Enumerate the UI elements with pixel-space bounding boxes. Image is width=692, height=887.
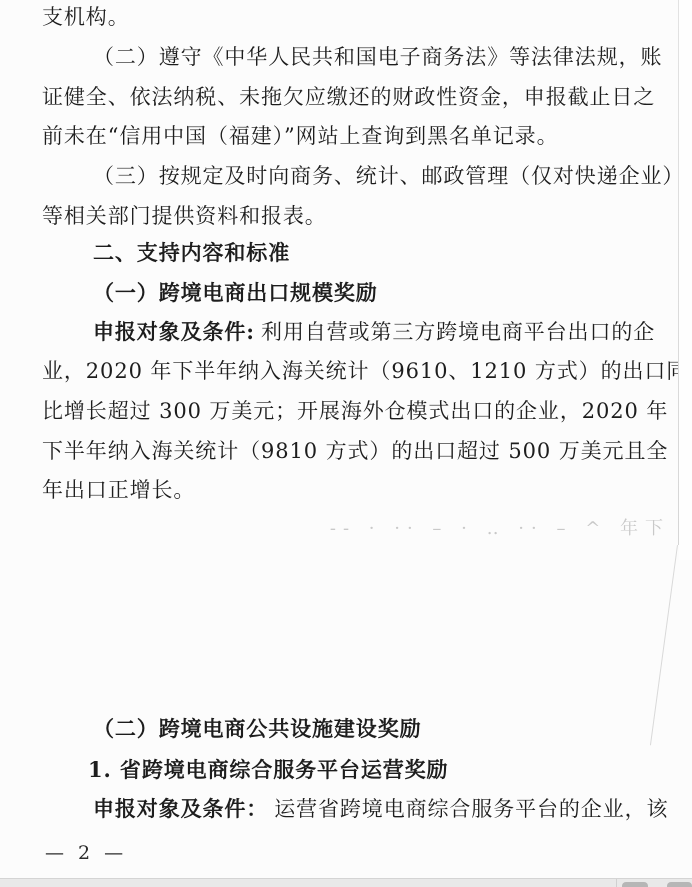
doc-line: （二）遵守《中华人民共和国电子商务法》等法律法规，账	[93, 44, 662, 70]
doc-line: 申报对象及条件：运营省跨境电商综合服务平台的企业，该	[93, 796, 668, 822]
doc-line: 申报对象及条件:利用自营或第三方跨境电商平台出口的企	[93, 319, 655, 345]
doc-line: 证健全、依法纳税、未拖欠应缴还的财政性资金，申报截止日之	[42, 84, 655, 110]
viewer-button-partial[interactable]	[667, 882, 692, 887]
field-text: 运营省跨境电商综合服务平台的企业，该	[274, 797, 668, 821]
section-heading: （一）跨境电商出口规模奖励	[93, 280, 378, 306]
doc-line: 等相关部门提供资料和报表。	[42, 203, 327, 229]
doc-line: （三）按规定及时向商务、统计、邮政管理（仅对快递企业）	[93, 163, 684, 189]
bottom-bar-separator	[616, 879, 617, 887]
field-label: 申报对象及条件:	[93, 319, 255, 344]
faded-erased-text: -- · ·· – · ‥ ·· – ^ 年下	[215, 514, 670, 540]
doc-line: 下半年纳入海关统计（9810 方式）的出口超过 500 万美元且全	[42, 438, 668, 464]
doc-line: 前未在“信用中国（福建）”网站上查询到黑名单记录。	[42, 123, 558, 149]
scanned-document-page: 支机构。 （二）遵守《中华人民共和国电子商务法》等法律法规，账 证健全、依法纳税…	[0, 0, 692, 887]
scan-corner-shade	[679, 0, 692, 560]
doc-line: 年出口正增长。	[42, 477, 195, 503]
scan-edge-line	[678, 0, 679, 545]
viewer-button-partial[interactable]	[622, 882, 648, 887]
scan-crease-line	[650, 545, 678, 745]
doc-line: 比增长超过 300 万美元；开展海外仓模式出口的企业，2020 年	[42, 398, 668, 424]
doc-line: 业，2020 年下半年纳入海关统计（9610、1210 方式）的出口同	[42, 358, 688, 384]
section-heading: 二、支持内容和标准	[93, 240, 290, 266]
section-heading: 1. 省跨境电商综合服务平台运营奖励	[88, 757, 448, 783]
page-number: — 2 —	[45, 842, 127, 864]
field-label: 申报对象及条件：	[93, 796, 268, 821]
field-text: 利用自营或第三方跨境电商平台出口的企	[261, 320, 655, 344]
viewer-bottom-bar	[0, 878, 692, 887]
doc-line: 支机构。	[42, 4, 130, 30]
section-heading: （二）跨境电商公共设施建设奖励	[93, 716, 422, 742]
